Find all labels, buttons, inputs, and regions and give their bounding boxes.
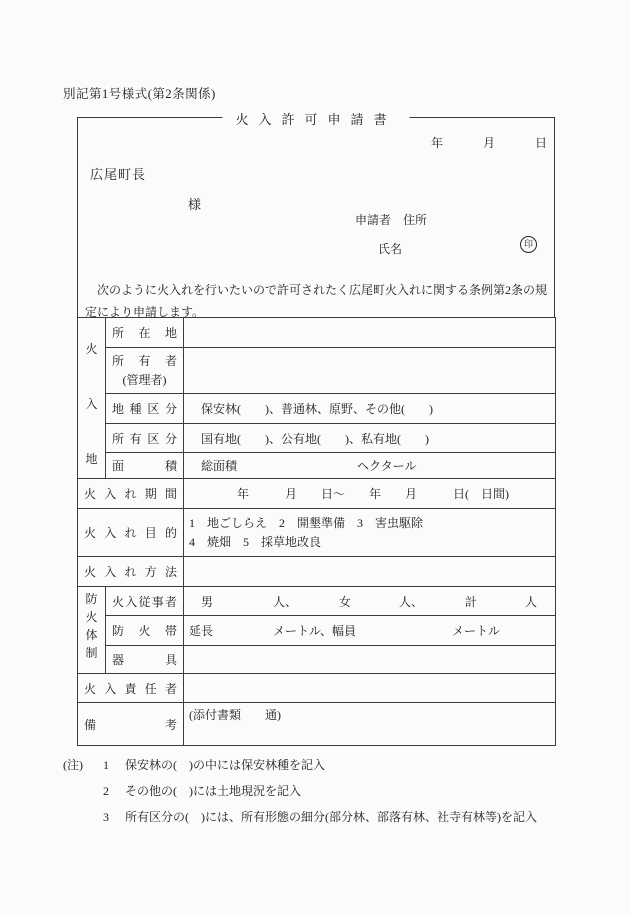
purpose-line-2: 4 焼畑 5 採草地改良 [189,533,550,552]
remarks-label: 備考 [84,716,177,733]
method-value-cell [184,557,556,587]
responsible-label-cell: 火入責任者 [78,674,184,703]
footnotes: (注) 1 保安林の( )の中には保安林種を記入 2 その他の( )には土地現況… [63,752,573,830]
table-row: 面積 総面積 ヘクタール [78,453,556,479]
workers-value-cell: 男 人、 女 人、 計 人 [184,587,556,616]
footnote-number: 2 [103,778,125,804]
application-table: 火入地 所在地 所有者 (管理者) 地種区分 保安林( )、普通林、原野、その他… [77,317,556,746]
form-number-label: 別記第1号様式(第2条関係) [63,84,216,102]
footnote-line: (注) 1 保安林の( )の中には保安林種を記入 [63,752,573,778]
area-value-cell: 総面積 ヘクタール [184,453,556,479]
location-value-cell [184,318,556,348]
seal-mark-icon: 印 [520,236,537,253]
footnote-text: 保安林の( )の中には保安林種を記入 [125,752,573,778]
form-title: 火入許可申請書 [222,109,409,128]
table-row: 器具 [78,646,556,674]
method-label-cell: 火入れ方法 [78,557,184,587]
table-row: 備考 (添付書類 通) [78,703,556,746]
table-row: 地種区分 保安林( )、普通林、原野、その他( ) [78,394,556,424]
table-row: 防火帯 延長 メートル、幅員 メートル [78,616,556,646]
owner-label: 所有者 [112,352,177,371]
table-row: 火入責任者 [78,674,556,703]
group-fire-prevention-label: 防火体制 [78,588,105,672]
form-header-zone: 火入許可申請書 年 月 日 広尾町長 様 申請者 住所 氏名 印 次のように火入… [77,117,555,317]
footnote-number: 1 [103,752,125,778]
footnote-text: 所有区分の( )には、所有形態の細分(部分林、部落有林、社寺有林等)を記入 [125,804,573,830]
table-row: 火入地 所在地 [78,318,556,348]
period-label: 火入れ期間 [84,485,177,502]
addressee-name: 広尾町長 [90,164,146,183]
purpose-line-1: 1 地ごしらえ 2 開墾準備 3 害虫駆除 [189,514,550,533]
landtype-value-cell: 保安林( )、普通林、原野、その他( ) [184,394,556,424]
area-label: 面積 [112,457,177,474]
purpose-label-cell: 火入れ目的 [78,509,184,557]
purpose-value-cell: 1 地ごしらえ 2 開墾準備 3 害虫駆除 4 焼畑 5 採草地改良 [184,509,556,557]
location-label: 所在地 [112,324,177,341]
table-row: 所有区分 国有地( )、公有地( )、私有地( ) [78,424,556,453]
responsible-value-cell [184,674,556,703]
ownership-label: 所有区分 [112,430,177,447]
footnote-number: 3 [103,804,125,830]
landtype-label: 地種区分 [112,400,177,417]
application-form-box: 火入許可申請書 年 月 日 広尾町長 様 申請者 住所 氏名 印 次のように火入… [77,117,555,749]
owner-label-sub: (管理者) [112,371,177,390]
addressee-honorific: 様 [188,194,201,213]
owner-label-cell: 所有者 (管理者) [106,348,184,394]
footnote-marker [63,778,103,804]
owner-value-cell [184,348,556,394]
intro-line-1: 次のように火入れを行いたいので許可されたく広尾町火入れに関する条例第2条の規 [85,279,551,301]
footnote-line: 2 その他の( )には土地現況を記入 [63,778,573,804]
group-fire-site-label: 火入地 [78,321,105,476]
ownership-value-cell: 国有地( )、公有地( )、私有地( ) [184,424,556,453]
footnote-marker [63,804,103,830]
equipment-value-cell [184,646,556,674]
table-row: 火入れ目的 1 地ごしらえ 2 開墾準備 3 害虫駆除 4 焼畑 5 採草地改良 [78,509,556,557]
table-row: 火入れ方法 [78,557,556,587]
group-fire-site-cell: 火入地 [78,318,106,479]
group-fire-prevention-cell: 防火体制 [78,587,106,674]
method-label: 火入れ方法 [84,563,177,580]
equipment-label: 器具 [112,651,177,668]
area-label-cell: 面積 [106,453,184,479]
firebreak-label: 防火帯 [112,622,177,639]
period-label-cell: 火入れ期間 [78,479,184,509]
footnote-line: 3 所有区分の( )には、所有形態の細分(部分林、部落有林、社寺有林等)を記入 [63,804,573,830]
table-row: 所有者 (管理者) [78,348,556,394]
date-field: 年 月 日 [431,134,548,151]
table-row: 火入れ期間 年 月 日～ 年 月 日( 日間) [78,479,556,509]
applicant-name-label: 氏名 [378,240,402,257]
firebreak-label-cell: 防火帯 [106,616,184,646]
remarks-value: (添付書類 通) [189,703,550,723]
applicant-address-label: 申請者 住所 [355,211,427,228]
footnote-text: その他の( )には土地現況を記入 [125,778,573,804]
firebreak-value-cell: 延長 メートル、幅員 メートル [184,616,556,646]
footnote-marker: (注) [63,752,103,778]
purpose-label: 火入れ目的 [84,524,177,541]
remarks-label-cell: 備考 [78,703,184,746]
location-label-cell: 所在地 [106,318,184,348]
document-page: { "form": { "form_number": "別記第1号様式(第2条関… [0,0,630,916]
period-value-cell: 年 月 日～ 年 月 日( 日間) [184,479,556,509]
workers-label: 火入従事者 [112,593,177,610]
workers-label-cell: 火入従事者 [106,587,184,616]
ownership-label-cell: 所有区分 [106,424,184,453]
responsible-label: 火入責任者 [84,680,177,697]
remarks-value-cell: (添付書類 通) [184,703,556,746]
landtype-label-cell: 地種区分 [106,394,184,424]
table-row: 防火体制 火入従事者 男 人、 女 人、 計 人 [78,587,556,616]
equipment-label-cell: 器具 [106,646,184,674]
